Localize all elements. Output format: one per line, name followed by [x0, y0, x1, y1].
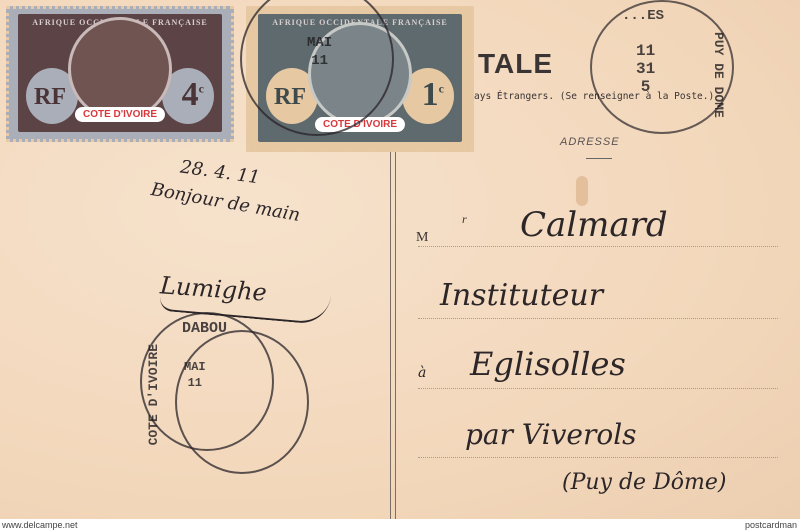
- center-divider: [390, 152, 396, 519]
- postmark-day: 31: [636, 60, 655, 78]
- address-underline: [586, 158, 612, 159]
- message-text: Bonjour de main: [149, 179, 301, 226]
- postcard-back: AFRIQUE OCCIDENTALE FRANÇAISE RF 4c COTE…: [0, 0, 800, 519]
- salutation-superscript: r: [462, 212, 467, 227]
- recipient-place: Eglisolles: [470, 345, 626, 383]
- stamp-4-centimes: AFRIQUE OCCIDENTALE FRANÇAISE RF 4c COTE…: [6, 6, 234, 142]
- header-title: TALE: [478, 48, 553, 80]
- recipient-via: par Viverols: [465, 418, 637, 451]
- ink-stain: [576, 176, 588, 206]
- address-line-3: [418, 388, 778, 389]
- postmark-date: MAI 11: [307, 34, 332, 70]
- postmark-date: 11 31 5: [636, 42, 655, 96]
- salutation-label: M: [416, 230, 428, 246]
- place-prefix: à: [418, 365, 426, 381]
- address-label: ADRESSE: [560, 136, 620, 148]
- recipient-title: Instituteur: [440, 278, 603, 313]
- postmark-country: COTE D'IVOIRE: [146, 344, 161, 445]
- postmark-month: MAI: [307, 34, 332, 52]
- recipient-name: Calmard: [520, 205, 668, 245]
- postmark-year: 11: [307, 52, 332, 70]
- stamp-country-banner: COTE D'IVOIRE: [75, 107, 165, 122]
- source-watermark: www.delcampe.net: [2, 520, 78, 530]
- stamp-value: 1c: [422, 76, 444, 114]
- postmark-month: 5: [636, 78, 655, 96]
- arrival-postmark: ...ES 11 31 5 PUY DE DOME: [590, 0, 734, 134]
- stamp-value: 4c: [182, 76, 204, 114]
- value-number: 1: [422, 76, 439, 113]
- recipient-department: (Puy de Dôme): [562, 470, 726, 495]
- seller-watermark: postcardman: [745, 520, 797, 530]
- portrait-medallion: [68, 17, 172, 121]
- message-date: 28. 4. 11: [179, 157, 261, 189]
- watermark-footer: www.delcampe.net postcardman: [0, 519, 800, 531]
- value-number: 4: [182, 76, 199, 113]
- value-unit: c: [439, 82, 444, 96]
- address-line-4: [418, 457, 778, 458]
- stamp-rf: RF: [34, 84, 66, 111]
- address-line-2: [418, 318, 778, 319]
- address-line-1: [418, 246, 778, 247]
- postmark-town: ...ES: [622, 8, 664, 24]
- postmark-year: 11: [636, 42, 655, 60]
- postmark-department: PUY DE DOME: [711, 32, 726, 118]
- stamp-frame: AFRIQUE OCCIDENTALE FRANÇAISE RF 4c COTE…: [18, 14, 222, 132]
- value-unit: c: [199, 82, 204, 96]
- departure-postmark-overlap: [175, 330, 309, 474]
